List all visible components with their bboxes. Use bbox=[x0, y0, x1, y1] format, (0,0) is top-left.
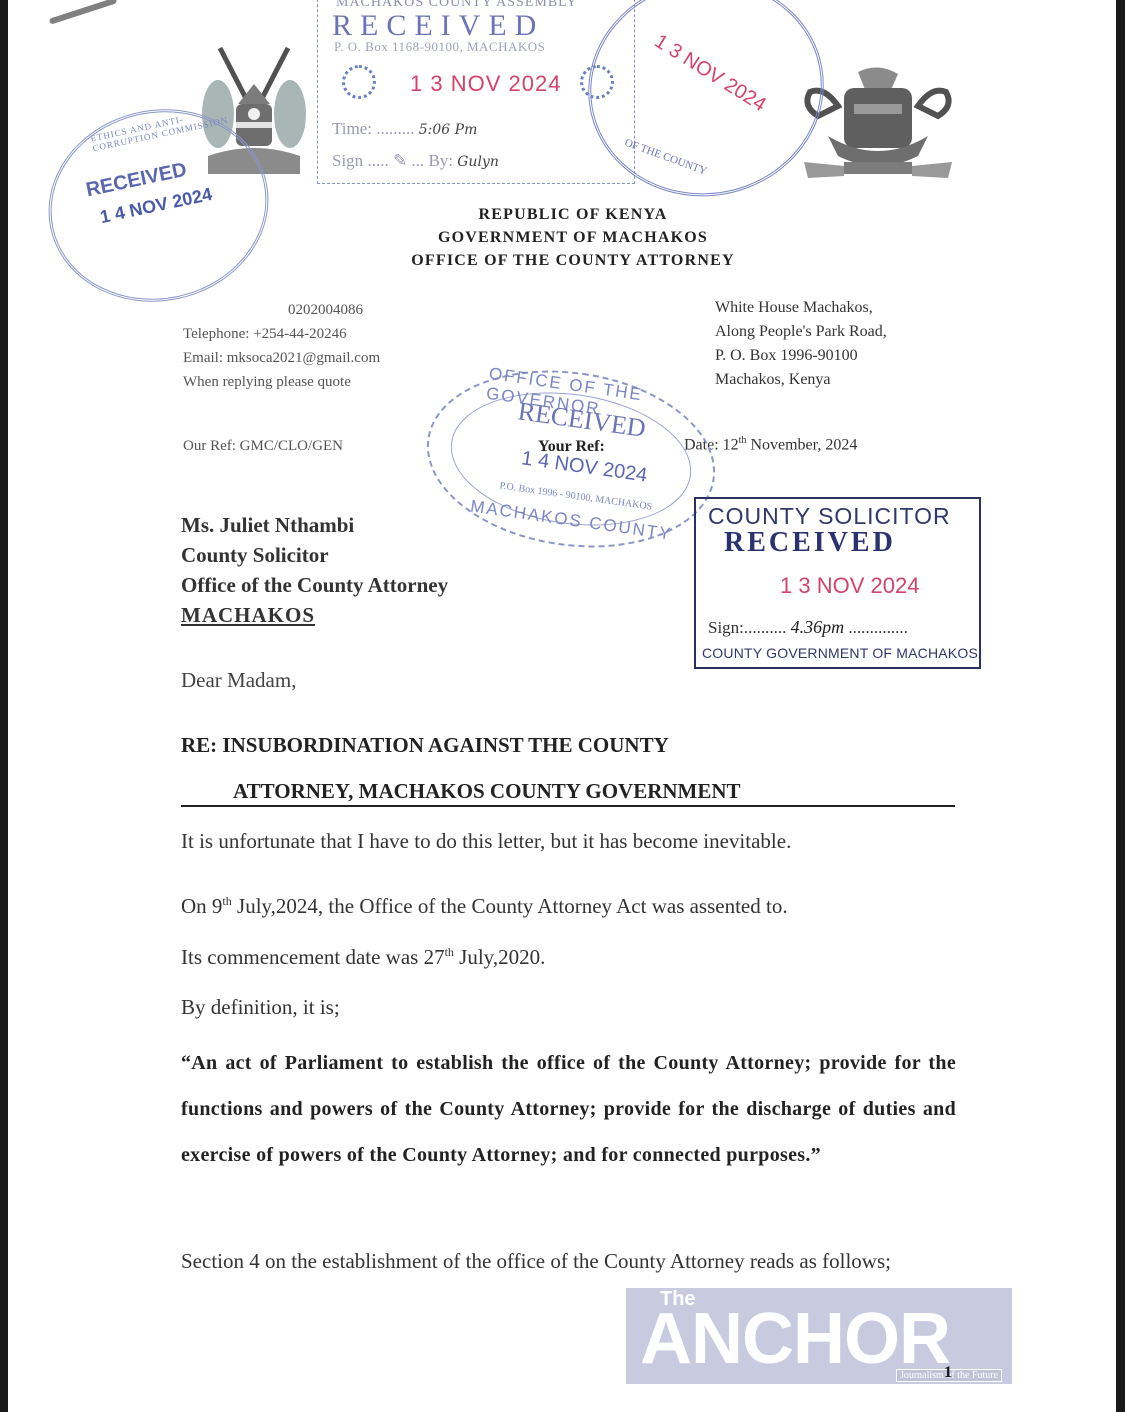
p2-sup: th bbox=[222, 894, 231, 908]
stamp-label: RECEIVED bbox=[332, 9, 544, 43]
p2-text: July,2024, the Office of the County Atto… bbox=[232, 894, 788, 918]
subject-line-2: ATTORNEY, MACHAKOS COUNTY GOVERNMENT bbox=[181, 768, 955, 814]
paragraph-2: On 9th July,2024, the Office of the Coun… bbox=[181, 878, 971, 980]
stamp-time: Time: ......... 5:06 Pm bbox=[332, 119, 477, 139]
recipient-office: Office of the County Attorney bbox=[181, 570, 448, 600]
stamp-box: P. O. Box 1168-90100, MACHAKOS bbox=[334, 39, 545, 55]
date-rest: November, 2024 bbox=[746, 436, 857, 453]
paragraph-1: It is unfortunate that I have to do this… bbox=[181, 818, 971, 864]
governor-office-received-stamp: OFFICE OF THE GOVERNOR RECEIVED 1 4 NOV … bbox=[415, 353, 726, 566]
letterhead: REPUBLIC OF KENYA GOVERNMENT OF MACHAKOS… bbox=[308, 203, 838, 272]
sign-label: Sign: bbox=[708, 618, 744, 637]
time-value: 5:06 Pm bbox=[419, 122, 478, 138]
subject-heading: RE: INSUBORDINATION AGAINST THE COUNTY A… bbox=[181, 722, 955, 814]
recipient-name: Ms. Juliet Nthambi bbox=[181, 510, 448, 540]
stamp-date: 1 3 NOV 2024 bbox=[410, 71, 561, 97]
address-line: P. O. Box 1996-90100 bbox=[715, 344, 887, 368]
page-number: 1 bbox=[944, 1364, 952, 1382]
p2-text: On 9 bbox=[181, 894, 222, 918]
address-block-right: White House Machakos, Along People's Par… bbox=[715, 296, 887, 392]
act-definition-quote: “An act of Parliament to establish the o… bbox=[181, 1040, 956, 1178]
letterhead-line-office: OFFICE OF THE COUNTY ATTORNEY bbox=[308, 249, 838, 272]
telephone: Telephone: +254-44-20246 bbox=[183, 322, 380, 346]
subject-underline bbox=[181, 805, 955, 807]
county-solicitor-received-stamp: COUNTY SOLICITOR RECEIVED 1 3 NOV 2024 S… bbox=[694, 497, 981, 669]
p2-sup: th bbox=[445, 945, 454, 959]
stamp-sign: Sign ..... ✎ ... By: Gulyn bbox=[332, 151, 499, 171]
the-anchor-watermark: The ANCHOR Journalism of the Future bbox=[626, 1288, 1012, 1384]
letterhead-line-government: GOVERNMENT OF MACHAKOS bbox=[308, 226, 838, 249]
by-label: By: bbox=[428, 151, 453, 170]
letterhead-line-country: REPUBLIC OF KENYA bbox=[308, 203, 838, 226]
salutation: Dear Madam, bbox=[181, 668, 296, 693]
p2-text: July,2020. bbox=[454, 945, 545, 969]
stamp-date: 1 3 NOV 2024 bbox=[780, 573, 919, 599]
sign-label: Sign bbox=[332, 151, 363, 170]
paragraph-4: Section 4 on the establishment of the of… bbox=[181, 1238, 961, 1284]
reply-note: When replying please quote bbox=[183, 370, 380, 394]
flower-ornament-icon bbox=[342, 65, 376, 99]
subject-line-1: RE: INSUBORDINATION AGAINST THE COUNTY bbox=[181, 733, 669, 757]
pen-mark bbox=[49, 0, 117, 25]
stamp-footer: COUNTY GOVERNMENT OF MACHAKOS bbox=[702, 645, 978, 661]
recipient-block: Ms. Juliet Nthambi County Solicitor Offi… bbox=[181, 510, 448, 630]
stamp-sign: Sign:.......... 4.36pm .............. bbox=[708, 617, 908, 638]
watermark-name: ANCHOR bbox=[640, 1298, 950, 1380]
email: Email: mksoca2021@gmail.com bbox=[183, 346, 380, 370]
alt-phone: 0202004086 bbox=[183, 298, 380, 322]
stamp-date: 1 3 NOV 2024 bbox=[650, 30, 770, 117]
sign-value: 4.36pm bbox=[791, 617, 845, 637]
letter-page: REPUBLIC OF KENYA GOVERNMENT OF MACHAKOS… bbox=[8, 0, 1116, 1412]
address-line: Along People's Park Road, bbox=[715, 320, 887, 344]
stamp-arc-text: ETHICS AND ANTI-CORRUPTION COMMISSION bbox=[90, 100, 251, 153]
recipient-city: MACHAKOS bbox=[181, 600, 448, 630]
by-value: Gulyn bbox=[457, 154, 499, 170]
stamp-org: COUNTY SOLICITOR bbox=[708, 503, 951, 530]
recipient-title: County Solicitor bbox=[181, 540, 448, 570]
paragraph-3: By definition, it is; bbox=[181, 984, 971, 1030]
stamp-arc-text: OF THE COUNTY bbox=[623, 137, 708, 178]
stamp-label: RECEIVED bbox=[724, 527, 896, 559]
time-label: Time: bbox=[332, 119, 372, 138]
address-line: Machakos, Kenya bbox=[715, 368, 887, 392]
address-line: White House Machakos, bbox=[715, 296, 887, 320]
p2-text: Its commencement date was 27 bbox=[181, 945, 445, 969]
contact-block-left: 0202004086 Telephone: +254-44-20246 Emai… bbox=[183, 298, 380, 394]
our-ref: Our Ref: GMC/CLO/GEN bbox=[183, 438, 343, 455]
